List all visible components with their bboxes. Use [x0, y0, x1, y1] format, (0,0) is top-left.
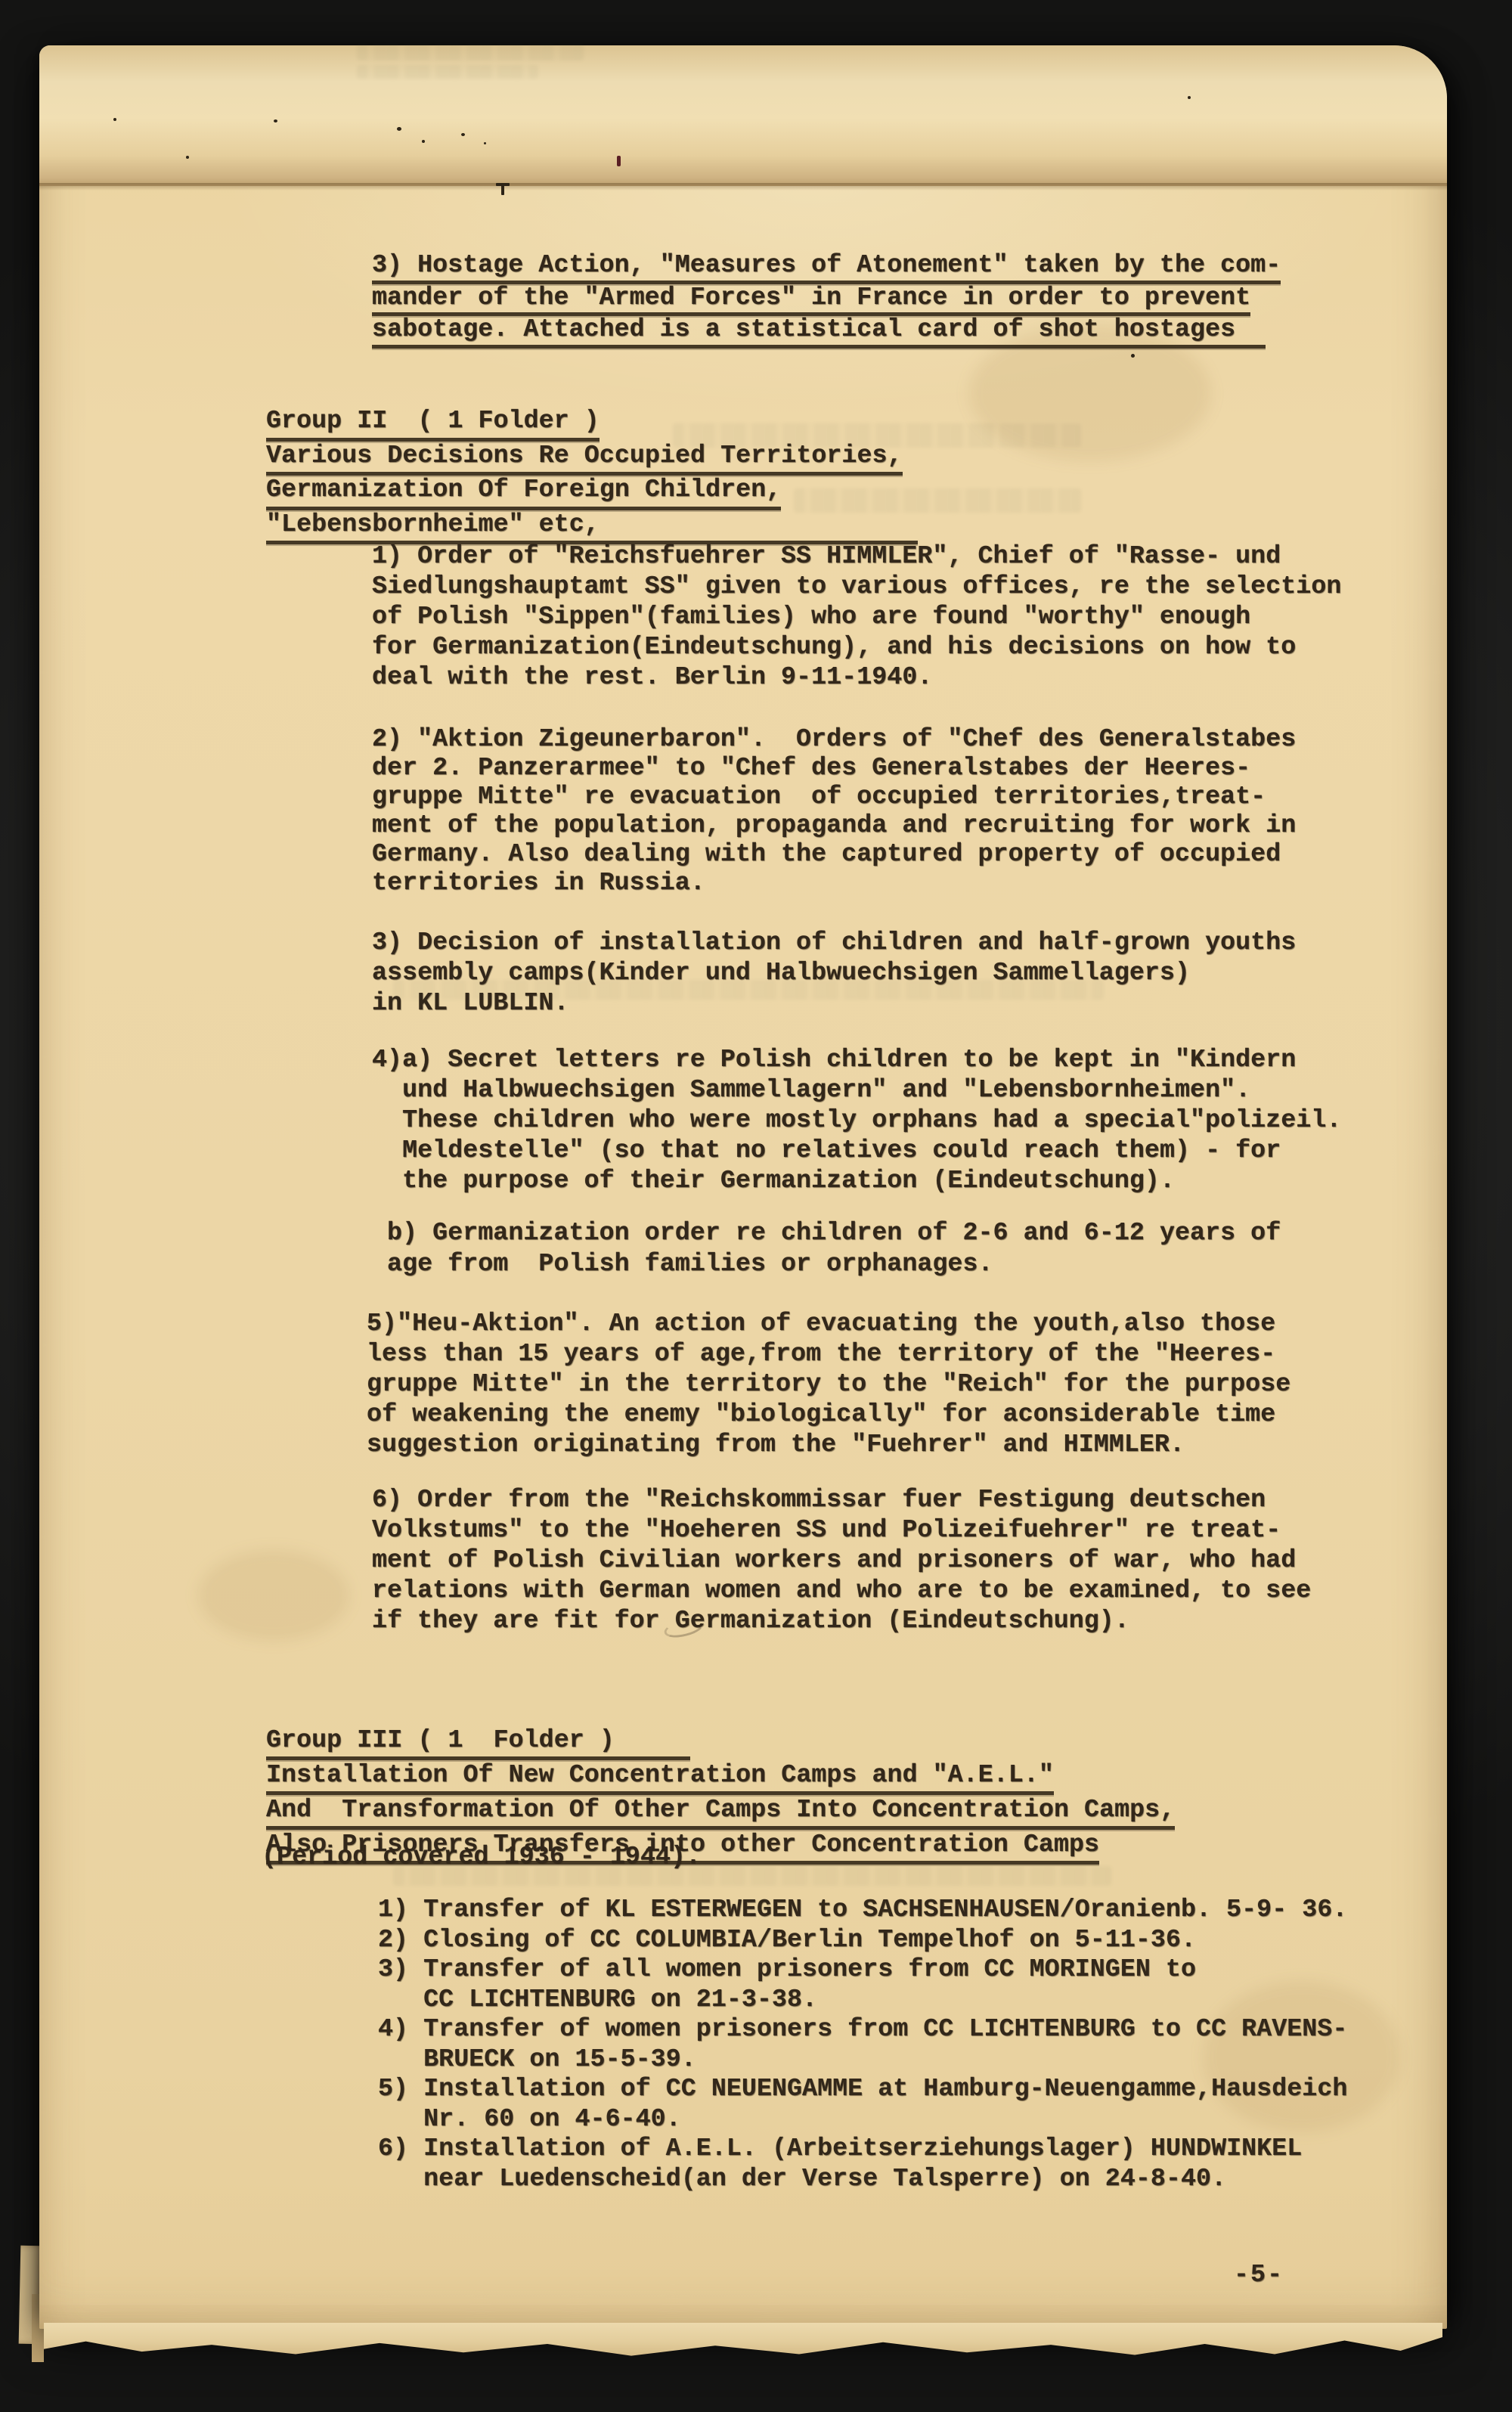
group-iii-entries: 1) Transfer of KL ESTERWEGEN to SACHSENH…	[378, 1896, 1347, 2194]
text-line: 1) Order of "Reichsfuehrer SS HIMMLER", …	[372, 541, 1341, 572]
text-line: the purpose of their Germanization (Eind…	[372, 1166, 1341, 1196]
typed-text: the purpose of their Germanization (Eind…	[372, 1166, 1175, 1196]
typed-text: b) Germanization order re children of 2-…	[372, 1218, 1281, 1249]
typed-text: territories in Russia.	[372, 869, 705, 898]
text-line: ment of Polish Civilian workers and pris…	[372, 1545, 1311, 1576]
typed-text: of Polish "Sippen"(families) who are fou…	[372, 602, 1250, 632]
ink-speck	[461, 133, 465, 136]
typed-text: 6) Installation of A.E.L. (Arbeitserzieh…	[378, 2135, 1302, 2165]
carryover-item-3: 3) Hostage Action, "Measures of Atonemen…	[372, 252, 1281, 349]
text-line: territories in Russia.	[372, 869, 1296, 898]
page-top-fold	[39, 45, 1447, 186]
typed-text: These children who were mostly orphans h…	[372, 1105, 1341, 1136]
text-line: Nr. 60 on 4-6-40.	[378, 2105, 1347, 2135]
typed-text: Germany. Also dealing with the captured …	[372, 840, 1281, 869]
text-line: 1) Transfer of KL ESTERWEGEN to SACHSENH…	[378, 1896, 1347, 1926]
group-ii-item-4b: b) Germanization order re children of 2-…	[372, 1218, 1281, 1280]
typed-text: 4)a) Secret letters re Polish children t…	[372, 1045, 1296, 1075]
typed-text: 2) Closing of CC COLUMBIA/Berlin Tempelh…	[378, 1926, 1196, 1956]
bleed-through-mark	[357, 65, 538, 79]
underlined-text: Group III ( 1 Folder )	[266, 1725, 690, 1760]
text-line: Meldestelle" (so that no relatives could…	[372, 1136, 1341, 1166]
group-ii-item-4a: 4)a) Secret letters re Polish children t…	[372, 1045, 1341, 1196]
underlined-text: mander of the "Armed Forces" in France i…	[372, 284, 1250, 317]
underlined-text: Various Decisions Re Occupied Territorie…	[266, 442, 903, 476]
group-iii-period-note: (Period covered 1936 - 1944).	[262, 1842, 701, 1872]
text-line: Siedlungshauptamt SS" given to various o…	[372, 572, 1341, 602]
page-number: -5-	[1234, 2261, 1284, 2290]
scan-background: 3) Hostage Action, "Measures of Atonemen…	[0, 0, 1512, 2412]
text-line: less than 15 years of age,from the terri…	[367, 1339, 1290, 1369]
text-line: gruppe Mitte" re evacuation of occupied …	[372, 783, 1296, 811]
text-line: of weakening the enemy "biologically" fo…	[367, 1400, 1290, 1430]
text-line: CC LICHTENBURG on 21-3-38.	[378, 1986, 1347, 2016]
ink-speck	[397, 127, 401, 131]
typed-text: near Luedenscheid(an der Verse Talsperre…	[378, 2165, 1226, 2195]
text-line: for Germanization(Eindeutschung), and hi…	[372, 632, 1341, 662]
text-line: Group II ( 1 Folder )	[266, 407, 918, 442]
typed-text: 4) Transfer of women prisoners from CC L…	[378, 2015, 1347, 2045]
underlined-text: Group II ( 1 Folder )	[266, 407, 600, 442]
text-line: Various Decisions Re Occupied Territorie…	[266, 442, 918, 476]
typed-text: gruppe Mitte" in the territory to the "R…	[367, 1369, 1290, 1400]
typed-text: CC LICHTENBURG on 21-3-38.	[378, 1986, 817, 2016]
typed-text: der 2. Panzerarmee" to "Chef des General…	[372, 754, 1250, 783]
underlined-text: sabotage. Attached is a statistical card…	[372, 316, 1266, 349]
typed-text: ment of Polish Civilian workers and pris…	[372, 1545, 1296, 1576]
text-line: deal with the rest. Berlin 9-11-1940.	[372, 662, 1341, 693]
text-line: 3) Transfer of all women prisoners from …	[378, 1955, 1347, 1986]
typed-text: 2) "Aktion Zigeunerbaron". Orders of "Ch…	[372, 725, 1296, 754]
ink-speck	[617, 156, 621, 166]
typed-text: relations with German women and who are …	[372, 1576, 1311, 1606]
text-line: Germanization Of Foreign Children,	[266, 476, 918, 510]
text-line: BRUECK on 15-5-39.	[378, 2045, 1347, 2076]
text-line: Germany. Also dealing with the captured …	[372, 840, 1296, 869]
text-line: 4) Transfer of women prisoners from CC L…	[378, 2015, 1347, 2045]
ink-speck	[422, 140, 425, 143]
text-line: 3) Hostage Action, "Measures of Atonemen…	[372, 252, 1281, 284]
text-line: 5)"Heu-Aktion". An action of evacuating …	[367, 1309, 1290, 1339]
text-line: 2) "Aktion Zigeunerbaron". Orders of "Ch…	[372, 725, 1296, 754]
typed-text: 3) Transfer of all women prisoners from …	[378, 1955, 1196, 1986]
text-line: b) Germanization order re children of 2-…	[372, 1218, 1281, 1249]
bleed-through-mark	[357, 44, 584, 60]
underlined-text: Germanization Of Foreign Children,	[266, 476, 781, 510]
paper-stain	[198, 1550, 349, 1641]
text-line: of Polish "Sippen"(families) who are fou…	[372, 602, 1341, 632]
text-line: assembly camps(Kinder und Halbwuechsigen…	[372, 958, 1296, 988]
text-line: mander of the "Armed Forces" in France i…	[372, 284, 1281, 317]
ink-speck	[113, 118, 116, 121]
ink-speck	[484, 142, 486, 144]
typed-text: 1) Order of "Reichsfuehrer SS HIMMLER", …	[372, 541, 1281, 572]
typed-text: Siedlungshauptamt SS" given to various o…	[372, 572, 1341, 602]
underlined-text: "Lebensbornheime" etc,	[266, 510, 918, 545]
ink-speck	[1188, 96, 1191, 99]
text-line: 6) Installation of A.E.L. (Arbeitserzieh…	[378, 2135, 1347, 2165]
text-line: Group III ( 1 Folder )	[266, 1725, 1175, 1760]
text-line: relations with German women and who are …	[372, 1576, 1311, 1606]
group-ii-item-5: 5)"Heu-Aktion". An action of evacuating …	[367, 1309, 1290, 1460]
text-line: Volkstums" to the "Hoeheren SS und Poliz…	[372, 1515, 1311, 1545]
text-line: "Lebensbornheime" etc,	[266, 510, 918, 545]
group-ii-item-6: 6) Order from the "Reichskommissar fuer …	[372, 1485, 1311, 1636]
text-line: 3) Decision of installation of children …	[372, 928, 1296, 958]
torn-bottom-edge	[44, 2323, 1442, 2365]
stray-typed-mark	[501, 184, 504, 195]
ink-speck	[1131, 354, 1135, 358]
typed-text: assembly camps(Kinder und Halbwuechsigen…	[372, 958, 1190, 988]
typed-text: 5)"Heu-Aktion". An action of evacuating …	[367, 1309, 1275, 1339]
typed-text: Meldestelle" (so that no relatives could…	[372, 1136, 1281, 1166]
typed-text: for Germanization(Eindeutschung), and hi…	[372, 632, 1296, 662]
ink-speck	[274, 119, 277, 122]
typed-text: 5) Installation of CC NEUENGAMME at Hamb…	[378, 2075, 1347, 2105]
typed-text: less than 15 years of age,from the terri…	[367, 1339, 1275, 1369]
text-line: near Luedenscheid(an der Verse Talsperre…	[378, 2165, 1347, 2195]
typed-text: if they are fit for Germanization (Einde…	[372, 1606, 1129, 1636]
group-ii-item-3: 3) Decision of installation of children …	[372, 928, 1296, 1018]
typed-text: 1) Transfer of KL ESTERWEGEN to SACHSENH…	[378, 1896, 1347, 1926]
ink-speck	[186, 156, 189, 159]
typed-text: ment of the population, propaganda and r…	[372, 811, 1296, 840]
typed-text: BRUECK on 15-5-39.	[378, 2045, 696, 2076]
group-ii-item-2: 2) "Aktion Zigeunerbaron". Orders of "Ch…	[372, 725, 1296, 898]
text-line: in KL LUBLIN.	[372, 988, 1296, 1018]
text-line: 6) Order from the "Reichskommissar fuer …	[372, 1485, 1311, 1515]
typed-text: of weakening the enemy "biologically" fo…	[367, 1400, 1275, 1430]
underlined-text: And Transformation Of Other Camps Into C…	[266, 1795, 1175, 1830]
group-ii-heading: Group II ( 1 Folder )Various Decisions R…	[266, 407, 918, 544]
text-line: age from Polish families or orphanages.	[372, 1249, 1281, 1280]
text-line: ment of the population, propaganda and r…	[372, 811, 1296, 840]
text-line: suggestion originating from the "Fuehrer…	[367, 1430, 1290, 1460]
typed-text: age from Polish families or orphanages.	[372, 1249, 993, 1280]
underlined-text: Installation Of New Concentration Camps …	[266, 1760, 1054, 1795]
typed-text: und Halbwuechsigen Sammellagern" and "Le…	[372, 1075, 1250, 1105]
typed-text: in KL LUBLIN.	[372, 988, 569, 1018]
typed-text: Volkstums" to the "Hoeheren SS und Poliz…	[372, 1515, 1281, 1545]
text-line: These children who were mostly orphans h…	[372, 1105, 1341, 1136]
typed-text: Nr. 60 on 4-6-40.	[378, 2105, 681, 2135]
text-line: 5) Installation of CC NEUENGAMME at Hamb…	[378, 2075, 1347, 2105]
typed-text: 3) Decision of installation of children …	[372, 928, 1296, 958]
text-line: 4)a) Secret letters re Polish children t…	[372, 1045, 1341, 1075]
typed-text: gruppe Mitte" re evacuation of occupied …	[372, 783, 1266, 811]
text-line: sabotage. Attached is a statistical card…	[372, 316, 1281, 349]
underlined-text: 3) Hostage Action, "Measures of Atonemen…	[372, 252, 1281, 284]
typed-text: 6) Order from the "Reichskommissar fuer …	[372, 1485, 1266, 1515]
text-line: if they are fit for Germanization (Einde…	[372, 1606, 1311, 1636]
period-note-text: (Period covered 1936 - 1944).	[262, 1842, 701, 1872]
text-line: und Halbwuechsigen Sammellagern" and "Le…	[372, 1075, 1341, 1105]
text-line: Installation Of New Concentration Camps …	[266, 1760, 1175, 1795]
text-line: der 2. Panzerarmee" to "Chef des General…	[372, 754, 1296, 783]
typed-text: suggestion originating from the "Fuehrer…	[367, 1430, 1185, 1460]
text-line: 2) Closing of CC COLUMBIA/Berlin Tempelh…	[378, 1926, 1347, 1956]
group-ii-item-1: 1) Order of "Reichsfuehrer SS HIMMLER", …	[372, 541, 1341, 693]
text-line: And Transformation Of Other Camps Into C…	[266, 1795, 1175, 1830]
text-line: gruppe Mitte" in the territory to the "R…	[367, 1369, 1290, 1400]
typed-text: deal with the rest. Berlin 9-11-1940.	[372, 662, 932, 693]
